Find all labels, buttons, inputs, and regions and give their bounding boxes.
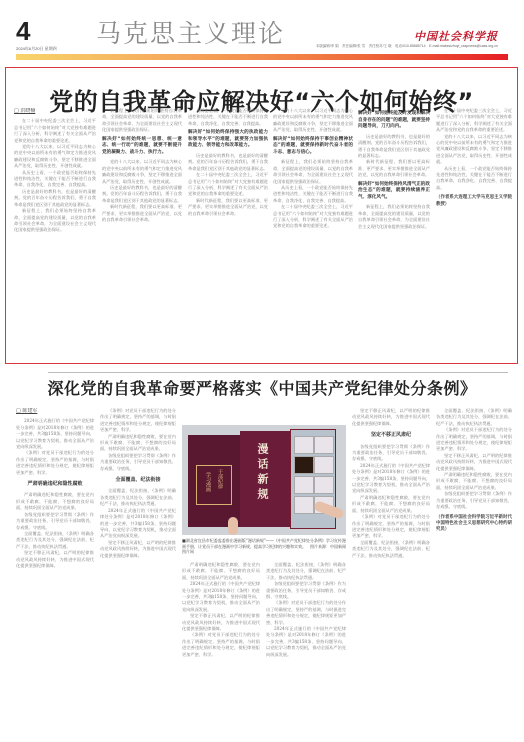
paragraph: 从历史上看，一个政党能否始终保持先进性和纯洁性，关键在于能否不断进行自我革命、自…: [14, 170, 96, 189]
paragraph: 《条例》对党员干部违纪行为的处分作出了明确规定，坚持严的基调，与时俱进完善违纪情…: [436, 427, 512, 453]
article-1-column-1: □ 洪晓楠 在二十届中央纪委三次全会上，习近平总书记用“六个如何始终”对大党独有…: [14, 108, 96, 358]
article-2-subhead: 坚定不移正风肃纪: [352, 432, 430, 438]
article-2-byline: □ 陈建军: [16, 408, 94, 414]
paragraph: 《条例》对党员干部违纪行为的处分作出了明确规定，坚持严的基调，与时俱进完善违纪情…: [100, 408, 176, 434]
paragraph: 全面覆盖、纪法衔接，《条例》明确各类违纪行为及其处分，强调纪在法前、纪严于法，推…: [436, 408, 512, 427]
hand-image: [228, 517, 238, 535]
paragraph: 《条例》对党员干部违纪行为的处分作出了明确规定，坚持严的基调，与时俱进完善违纪情…: [352, 514, 430, 540]
article-2-headline: 深化党的自我革命要严格落实《中国共产党纪律处分条例》: [0, 376, 524, 399]
paragraph: 全面覆盖、纪法衔接，《条例》明确各类违纪行为及其处分，强调纪在法前、纪严于法，推…: [352, 540, 430, 559]
paragraph: 全面覆盖、纪法衔接，《条例》明确各类违纪行为及其处分，强调纪在法前、纪严于法，推…: [100, 488, 176, 507]
article-2-column-6: 全面覆盖、纪法衔接，《条例》明确各类违纪行为及其处分，强调纪在法前、纪严于法，推…: [436, 408, 512, 738]
article-1-column-4: 党的十八大以来，以习近平同志为核心的党中央以前所未有的勇气和定力推进党风廉政建设…: [273, 108, 353, 358]
date-line: 2024年6月20日 星期四: [16, 46, 57, 52]
header-gradient-divider: [16, 54, 508, 60]
paragraph: 严肃明确违纪和隐性腐败，要在党内形成不敢腐、不能腐、不想腐的良好局面，持续巩固全…: [16, 492, 94, 511]
article-1-column-2: 新征程上，我们必须始终坚持自我革命，全面提高党的建设质量，以党的自我革命引领社会…: [102, 108, 182, 358]
article-1-column-3: 从历史上看，一个政党能否始终保持先进性和纯洁性，关键在于能否不断进行自我革命、自…: [188, 108, 268, 358]
paragraph: 在二十届中央纪委三次全会上，习近平总书记用“六个如何始终”对大党独有难题进行了深…: [188, 172, 268, 198]
paragraph: 历史是最好的教科书，也是最好的清醒剂。党的百年奋斗历程告诉我们，勇于自我革命是我…: [358, 134, 430, 160]
article-2-column-5: 坚定不移正风肃纪，以严明的纪律推动党风政风持续好转，为推进中国式现代化提供坚强纪…: [352, 408, 430, 738]
pamphlet-cover-text: 学习漫画: [205, 472, 212, 492]
paragraph: 新时代新征程，我们要以更高标准、更严要求、更实举措推进全面从严治党，以党的自我革…: [188, 198, 268, 217]
newspaper-logo: 中国社会科学报: [414, 28, 498, 44]
paragraph: 2024年正式施行的《中国共产党纪律处分条例》是对2018年修订《条例》的进一步…: [16, 418, 94, 450]
editor-line: 本版编辑/李 娟 责任编辑/张 雪 责任校对/王 晓 电话/010-858857…: [316, 44, 498, 49]
article-2-subhead: 严肃明确违纪和隐性腐败: [16, 481, 94, 487]
article-2-photo: 干部纪律 学习漫画 漫话新规: [182, 425, 346, 535]
paragraph: 在二十届中央纪委三次全会上，习近平总书记用“六个如何始终”对大党独有难题进行了深…: [273, 204, 353, 230]
article-1-subhead: 解决好“如何始终保持强大的执政能力和领导水平”的难题，就要努力加强执政能力、领导…: [188, 130, 268, 150]
paragraph: 全面覆盖、纪法衔接，《条例》明确各类违纪行为及其处分，强调纪在法前、纪严于法，推…: [16, 531, 94, 550]
article-1-box: 党的自我革命应解决好“六个如何始终” □ 洪晓楠 在二十届中央纪委三次全会上，习…: [5, 67, 518, 364]
paragraph: 在二十届中央纪委三次全会上，习近平总书记用“六个如何始终”对大党独有难题进行了深…: [14, 118, 96, 144]
article-2-subhead: 全面覆盖、纪法衔接: [100, 477, 176, 483]
paragraph: 党的十八大以来，以习近平同志为核心的党中央以前所未有的勇气和定力推进党风廉政建设…: [102, 159, 182, 185]
paragraph: 严肃明确违纪和隐性腐败，要在党内形成不敢腐、不能腐、不想腐的良好局面，持续巩固全…: [436, 472, 512, 491]
article-2-column-4: 全面覆盖、纪法衔接，《条例》明确各类违纪行为及其处分，强调纪在法前、纪严于法，推…: [266, 562, 346, 738]
article-1-byline: □ 洪晓楠: [14, 108, 96, 114]
article-2-column-2: 《条例》对党员干部违纪行为的处分作出了明确规定，坚持严的基调，与时俱进完善违纪情…: [100, 408, 176, 738]
section-title: 马克思主义理论: [96, 20, 285, 48]
pamphlet-front-cover: 漫话新规: [240, 431, 290, 527]
paragraph: 各级党组织要把学习贯彻《条例》作为重要政治任务，引导党员干部知敬畏、存戒惧、守底…: [100, 453, 176, 472]
paragraph: 新时代新征程，我们要以更高标准、更严要求、更实举措推进全面从严治党，以党的自我革…: [358, 159, 430, 178]
paragraph: 新征程上，我们必须始终坚持自我革命，全面提高党的建设质量，以党的自我革命引领社会…: [102, 108, 182, 134]
article-1-subhead: 解决好“如何始终保持风清气正的政治生态”的难题，就要持续涵养正气、淳化风气。: [358, 182, 430, 202]
pamphlet-title: 漫话新规: [254, 443, 270, 503]
paragraph: 党的十八大以来，以习近平同志为核心的党中央以前所未有的勇气和定力推进党风廉政建设…: [273, 108, 353, 134]
paragraph: 2024年正式施行的《中国共产党纪律处分条例》是对2018年修订《条例》的进一步…: [352, 463, 430, 495]
paragraph: 在二十届中央纪委三次全会上，习近平总书记用“六个如何始终”对大党独有难题进行了深…: [436, 108, 512, 134]
paragraph: 各级党组织要把学习贯彻《条例》作为重要政治任务，引导党员干部知敬畏、存戒惧、守底…: [436, 491, 512, 510]
paragraph: 各级党组织要把学习贯彻《条例》作为重要政治任务，引导党员干部知敬畏、存戒惧、守底…: [352, 444, 430, 463]
paragraph: 严肃明确违纪和隐性腐败，要在党内形成不敢腐、不能腐、不想腐的良好局面，持续巩固全…: [182, 562, 260, 581]
paragraph: 新征程上，我们必须始终坚持自我革命，全面提高党的建设质量，以党的自我革命引领社会…: [358, 204, 430, 230]
section-divider: [48, 372, 508, 373]
paragraph: 坚定不移正风肃纪，以严明的纪律推动党风政风持续好转，为推进中国式现代化提供坚强纪…: [16, 550, 94, 569]
article-1-column-6: 在二十届中央纪委三次全会上，习近平总书记用“六个如何始终”对大党独有难题进行了深…: [436, 108, 512, 358]
paragraph: 2024年正式施行的《中国共产党纪律处分条例》是对2018年修订《条例》的进一步…: [182, 581, 260, 613]
paragraph: 从历史上看，一个政党能否始终保持先进性和纯洁性，关键在于能否不断进行自我革命、自…: [436, 166, 512, 192]
paragraph: 历史是最好的教科书，也是最好的清醒剂。党的百年奋斗历程告诉我们，勇于自我革命是我…: [102, 185, 182, 204]
paragraph: 严肃明确违纪和隐性腐败，要在党内形成不敢腐、不能腐、不想腐的良好局面，持续巩固全…: [100, 434, 176, 453]
article-2-column-3: 严肃明确违纪和隐性腐败，要在党内形成不敢腐、不能腐、不想腐的良好局面，持续巩固全…: [182, 562, 260, 738]
paragraph: 《条例》对党员干部违纪行为的处分作出了明确规定，坚持严的基调，与时俱进完善违纪情…: [266, 600, 346, 626]
paragraph: 从历史上看，一个政党能否始终保持先进性和纯洁性，关键在于能否不断进行自我革命、自…: [188, 108, 268, 127]
article-1-subhead: 解决好“如何始终能及时发现和解决自身存在的问题”的难题，就要坚持问题导向，刀刃向…: [358, 111, 430, 131]
paragraph: 各级党组织要把学习贯彻《条例》作为重要政治任务，引导党员干部知敬畏、存戒惧、守底…: [16, 512, 94, 531]
paragraph: 坚定不移正风肃纪，以严明的纪律推动党风政风持续好转，为推进中国式现代化提供坚强纪…: [100, 540, 176, 559]
paragraph: 历史是最好的教科书，也是最好的清醒剂。党的百年奋斗历程告诉我们，勇于自我革命是我…: [14, 189, 96, 208]
paragraph: 全面覆盖、纪法衔接，《条例》明确各类违纪行为及其处分，强调纪在法前、纪严于法，推…: [266, 562, 346, 581]
paragraph: 2024年正式施行的《中国共产党纪律处分条例》是对2018年修订《条例》的进一步…: [266, 626, 346, 658]
article-2-author-note: （作者系中国社会科学院习近平新时代中国特色社会主义思想研究中心特约研究员）: [436, 515, 512, 534]
paragraph: 坚定不移正风肃纪，以严明的纪律推动党风政风持续好转，为推进中国式现代化提供坚强纪…: [352, 408, 430, 427]
article-1-author-note: （作者系大连理工大学马克思主义学院教授）: [436, 195, 512, 208]
paragraph: 坚定不移正风肃纪，以严明的纪律推动党风政风持续好转，为推进中国式现代化提供坚强纪…: [436, 453, 512, 472]
pamphlet-cover-text: 干部纪律: [217, 469, 224, 489]
paragraph: 坚定不移正风肃纪，以严明的纪律推动党风政风持续好转，为推进中国式现代化提供坚强纪…: [182, 613, 260, 632]
paragraph: 《条例》对党员干部违纪行为的处分作出了明确规定，坚持严的基调，与时俱进完善违纪情…: [182, 632, 260, 658]
photo-caption: ■湖北省宜昌市纪委监委推出漫画版“漫话新规”——《中国共产党纪律处分条例》学习宣…: [182, 538, 346, 555]
article-1-subhead: 解决好“如何始终统一思想、统一意志、统一行动”的难题，就要不断提升党的凝聚力、战…: [102, 137, 182, 157]
page-number: 4: [16, 18, 30, 44]
paragraph: 从历史上看，一个政党能否始终保持先进性和纯洁性，关键在于能否不断进行自我革命、自…: [273, 185, 353, 204]
article-1-subhead: 解决好“如何始终保持干事创业精神状态”的难题，就要保持新时代奋斗者的斗志、意志与…: [273, 137, 353, 157]
paragraph: 《条例》对党员干部违纪行为的处分作出了明确规定，坚持严的基调，与时俱进完善违纪情…: [16, 450, 94, 476]
paragraph: 党的十八大以来，以习近平同志为核心的党中央以前所未有的勇气和定力推进党风廉政建设…: [436, 134, 512, 166]
paragraph: 新征程上，我们必须始终坚持自我革命，全面提高党的建设质量，以党的自我革命引领社会…: [14, 208, 96, 234]
paragraph: 各级党组织要把学习贯彻《条例》作为重要政治任务，引导党员干部知敬畏、存戒惧、守底…: [266, 581, 346, 600]
paragraph: 党的十八大以来，以习近平同志为核心的党中央以前所未有的勇气和定力推进党风廉政建设…: [14, 144, 96, 170]
paragraph: 新时代新征程，我们要以更高标准、更严要求、更实举措推进全面从严治党，以党的自我革…: [102, 204, 182, 223]
masthead: 4 2024年6月20日 星期四 马克思主义理论 中国社会科学报 本版编辑/李 …: [16, 18, 508, 52]
paragraph: 新征程上，我们必须始终坚持自我革命，全面提高党的建设质量，以党的自我革命引领社会…: [273, 159, 353, 185]
paragraph: 历史是最好的教科书，也是最好的清醒剂。党的百年奋斗历程告诉我们，勇于自我革命是我…: [188, 153, 268, 172]
paragraph: 严肃明确违纪和隐性腐败，要在党内形成不敢腐、不能腐、不想腐的良好局面，持续巩固全…: [352, 495, 430, 514]
paragraph: 2024年正式施行的《中国共产党纪律处分条例》是对2018年修订《条例》的进一步…: [100, 508, 176, 540]
article-2-column-1: □ 陈建军 2024年正式施行的《中国共产党纪律处分条例》是对2018年修订《条…: [16, 408, 94, 738]
article-1-column-5: 解决好“如何始终能及时发现和解决自身存在的问题”的难题，就要坚持问题导向，刀刃向…: [358, 108, 430, 358]
pamphlet-back-cover: 干部纪律 学习漫画: [188, 435, 240, 527]
